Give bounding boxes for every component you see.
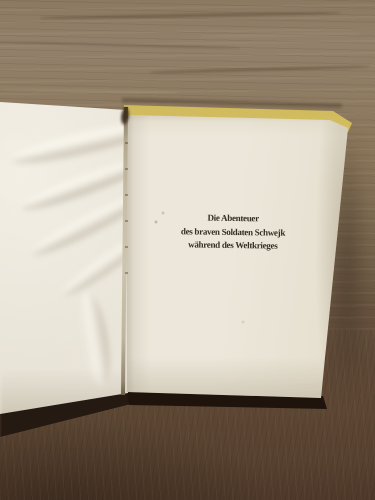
half-title-text-block: Die Abenteuer des braven Soldaten Schwej… <box>150 211 317 254</box>
gutter-specks <box>125 116 128 296</box>
photo-open-book-on-table: Die Abenteuer des braven Soldaten Schwej… <box>0 0 375 500</box>
half-title-line-3: während des Weltkrieges <box>150 238 316 254</box>
